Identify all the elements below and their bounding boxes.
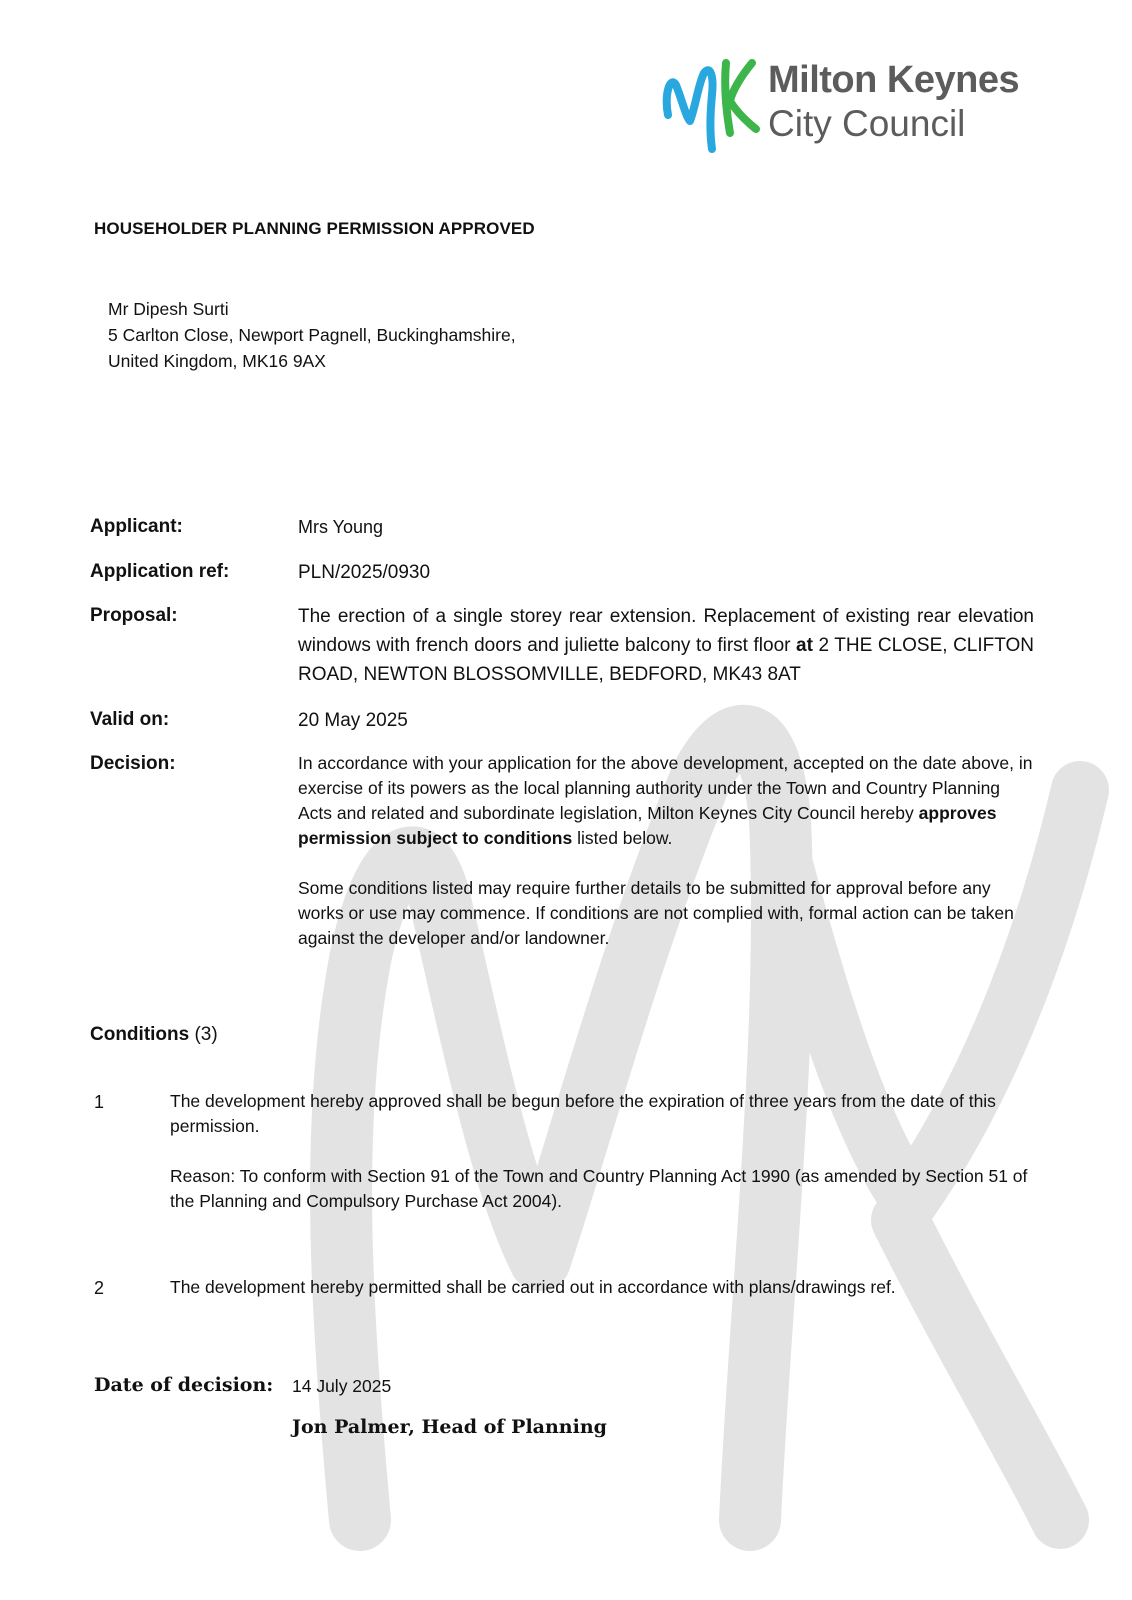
condition-1-reason: Reason: To conform with Section 91 of th… bbox=[170, 1164, 1040, 1214]
proposal-at: at bbox=[796, 635, 813, 656]
decision-paragraph-1: In accordance with your application for … bbox=[298, 751, 1034, 851]
signatory: Jon Palmer, Head of Planning bbox=[292, 1416, 607, 1438]
council-logo: Milton Keynes City Council bbox=[660, 55, 1060, 155]
mk-logo-icon bbox=[660, 55, 760, 155]
decision-label: Decision: bbox=[90, 753, 176, 775]
proposal-value: The erection of a single storey rear ext… bbox=[298, 602, 1034, 689]
recipient-name: Mr Dipesh Surti bbox=[108, 296, 516, 322]
date-of-decision-label: Date of decision: bbox=[94, 1374, 273, 1396]
proposal-label: Proposal: bbox=[90, 605, 178, 627]
conditions-title: Conditions bbox=[90, 1024, 189, 1045]
logo-text-city-council: City Council bbox=[768, 103, 965, 145]
date-of-decision-value: 14 July 2025 bbox=[292, 1376, 391, 1397]
decision-text: In accordance with your application for … bbox=[298, 751, 1034, 951]
condition-1: The development hereby approved shall be… bbox=[170, 1089, 1040, 1214]
applicant-value: Mrs Young bbox=[298, 513, 1034, 542]
application-ref-label: Application ref: bbox=[90, 561, 229, 583]
recipient-address: Mr Dipesh Surti 5 Carlton Close, Newport… bbox=[108, 296, 516, 374]
document-title: HOUSEHOLDER PLANNING PERMISSION APPROVED bbox=[94, 219, 535, 239]
decision-paragraph-2: Some conditions listed may require furth… bbox=[298, 876, 1034, 951]
logo-text-milton-keynes: Milton Keynes bbox=[768, 59, 1019, 102]
condition-2-number: 2 bbox=[94, 1278, 104, 1299]
condition-1-text: The development hereby approved shall be… bbox=[170, 1089, 1040, 1139]
application-ref-value: PLN/2025/0930 bbox=[298, 558, 1034, 587]
applicant-label: Applicant: bbox=[90, 516, 183, 538]
recipient-address-line1: 5 Carlton Close, Newport Pagnell, Buckin… bbox=[108, 322, 516, 348]
conditions-count: (3) bbox=[194, 1024, 217, 1045]
valid-on-label: Valid on: bbox=[90, 709, 169, 731]
condition-2-text: The development hereby permitted shall b… bbox=[170, 1275, 1040, 1300]
conditions-heading: Conditions (3) bbox=[90, 1024, 218, 1046]
decision-para1-end: listed below. bbox=[577, 828, 672, 848]
condition-1-number: 1 bbox=[94, 1092, 104, 1113]
valid-on-value: 20 May 2025 bbox=[298, 706, 1034, 735]
recipient-address-line2: United Kingdom, MK16 9AX bbox=[108, 348, 516, 374]
